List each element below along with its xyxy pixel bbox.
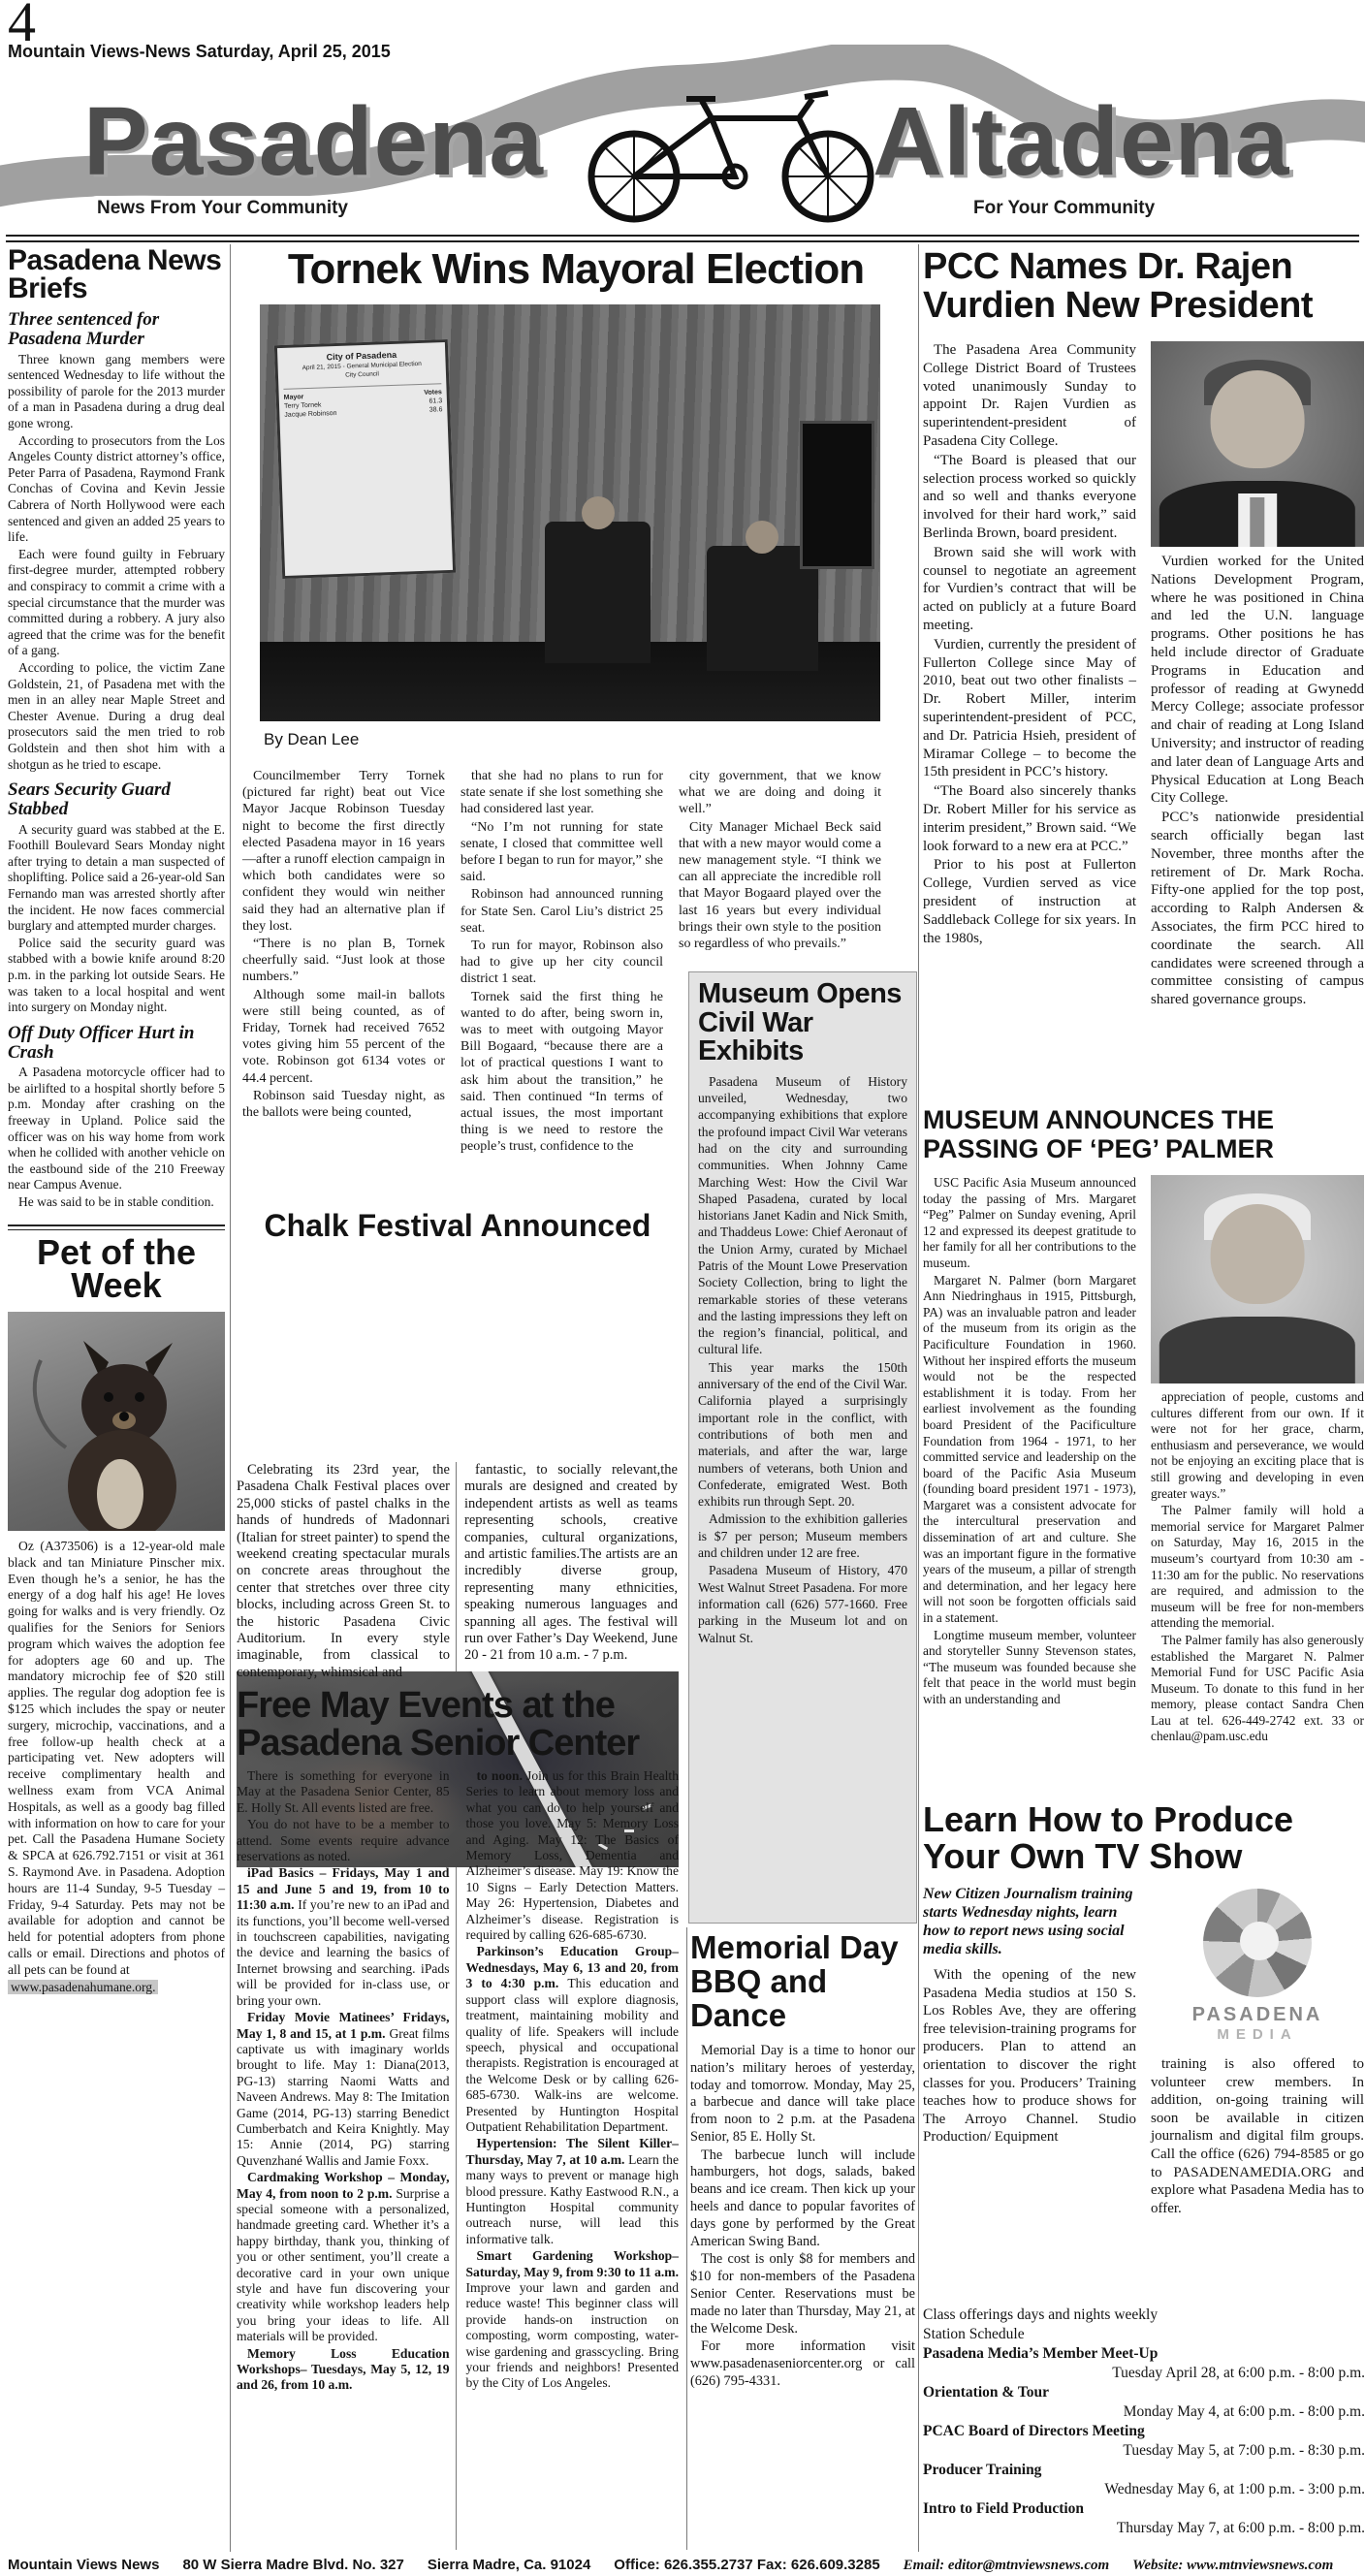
tv-show-text: training is also offered to volunteer cr… [1151,2055,1364,2217]
schedule-time: Tuesday May 5, at 7:00 p.m. - 8:30 p.m. [923,2441,1365,2461]
bicycle-icon [568,76,894,229]
pcc-headline: PCC Names Dr. Rajen Vurdien New Presiden… [923,248,1365,325]
logo-wordmark: PASADENA [1151,2003,1364,2026]
palmer-caption-body: appreciation of people, customs and cult… [1151,1389,1364,1745]
brief-heading: Three sentenced for Pasadena Murder [8,310,225,349]
schedule-item: Orientation & Tour Monday May 4, at 6:00… [923,2383,1365,2422]
footer-brand: Mountain Views News [8,2557,159,2574]
schedule-item: PCAC Board of Directors Meeting Tuesday … [923,2422,1365,2461]
brief-body: A Pasadena motorcycle officer had to be … [8,1065,225,1210]
dog-photo [8,1312,225,1531]
footer-phones: Office: 626.355.2737 Fax: 626.609.3285 [614,2557,879,2574]
election-night-photo: City of Pasadena April 21, 2015 - Genera… [260,304,880,721]
article-column: USC Pacific Asia Museum announced today … [923,1175,1136,1746]
column-rule-2 [918,244,919,2552]
memorial-body: Memorial Day is a time to honor our nati… [690,2043,915,2391]
tagline-left: News From Your Community [85,196,360,220]
slide-candidate: Terry Tornek [284,401,322,409]
slide-results-table: Mayor Votes Terry Tornek 61.3 Jacque Rob… [284,383,443,419]
schedule-note: Class offerings days and nights weekly [923,2306,1365,2325]
pasadena-media-logo: PASADENA MEDIA [1151,1889,1364,2044]
brief-item: Sears Security Guard Stabbed A security … [8,780,225,1016]
news-briefs-title: Pasadena News Briefs [8,246,225,302]
pet-body: Oz (A373506) is a 12-year-old male black… [8,1539,225,1979]
museum-body: Pasadena Museum of History unveiled, Wed… [698,1073,907,1646]
newspaper-page: 4 Mountain Views-News Saturday, April 25… [0,0,1365,2576]
brief-heading: Sears Security Guard Stabbed [8,780,225,819]
tornek-headline: Tornek Wins Mayoral Election [237,248,915,291]
brief-item: Three sentenced for Pasadena Murder Thre… [8,310,225,773]
brief-item: Off Duty Officer Hurt in Crash A Pasaden… [8,1024,225,1211]
schedule-title: Station Schedule [923,2325,1365,2344]
chalk-festival-headline: Chalk Festival Announced [237,1210,679,1241]
schedule-event: Orientation & Tour [923,2383,1365,2402]
footer-city: Sierra Madre, Ca. 91024 [428,2557,590,2574]
slide-candidate: Jacque Robinson [284,410,336,419]
article-column: that she had no plans to run for state s… [460,768,663,1157]
article-column: to noon. Join us for this Brain Health S… [466,1768,680,2550]
article-column: New Citizen Journalism training starts W… [923,1885,1136,2218]
person-silhouette [545,522,651,663]
column-rule-1 [230,244,231,2552]
slide-value: 38.6 [429,406,443,413]
schedule-time: Tuesday April 28, at 6:00 p.m. - 8:00 p.… [923,2364,1365,2383]
masthead-altadena: Altadena [873,93,1289,190]
schedule-event: Pasadena Media’s Member Meet-Up [923,2344,1365,2364]
byline: By Dean Lee [264,731,359,747]
schedule-time: Wednesday May 6, at 1:00 p.m. - 3:00 p.m… [923,2480,1365,2499]
schedule-event: Producer Training [923,2461,1365,2480]
senior-center-headline: Free May Events at the Pasadena Senior C… [237,1687,682,1763]
footer-website: Website: www.mtnviewsnews.com [1132,2557,1333,2574]
tagline-right: For Your Community [962,196,1166,220]
museum-headline: Museum Opens Civil War Exhibits [698,980,907,1066]
tv-show-body: New Citizen Journalism training starts W… [923,1885,1365,2218]
slide-col-header: Votes [424,389,442,397]
column-rule-4 [686,1927,687,2550]
pet-of-the-week-section: Pet of the Week Oz (A373506) is a 12-yea… [8,1236,225,1997]
chalk-article-body: Celebrating its 23rd year, the Pasadena … [237,1462,679,1682]
news-briefs-section: Pasadena News Briefs Three sentenced for… [8,246,225,1211]
brief-heading: Off Duty Officer Hurt in Crash [8,1024,225,1063]
article-column: There is something for everyone in May a… [237,1768,450,2550]
article-column: Celebrating its 23rd year, the Pasadena … [237,1462,450,1682]
slide-value: 61.3 [429,398,443,404]
monitor-frame [800,421,873,568]
palmer-headline: MUSEUM ANNOUNCES THE PASSING OF ‘PEG’ PA… [923,1105,1365,1163]
museum-exhibits-box: Museum Opens Civil War Exhibits Pasadena… [688,971,917,1924]
palmer-portrait [1151,1175,1364,1383]
brief-body: A security guard was stabbed at the E. F… [8,822,225,1016]
section-divider [8,1224,225,1230]
pcc-article-body: The Pasadena Area Community College Dist… [923,341,1365,1010]
results-slide: City of Pasadena April 21, 2015 - Genera… [274,339,456,579]
article-column: The Pasadena Area Community College Dist… [923,341,1136,1010]
article-column: PASADENA MEDIA training is also offered … [1151,1885,1364,2218]
schedule-event: Intro to Field Production [923,2499,1365,2519]
masthead-pasadena: Pasadena [83,93,544,190]
palmer-article-body: USC Pacific Asia Museum announced today … [923,1175,1365,1746]
schedule-item: Pasadena Media’s Member Meet-Up Tuesday … [923,2344,1365,2383]
tv-show-headline: Learn How to Produce Your Own TV Show [923,1801,1365,1875]
article-column: Councilmember Terry Tornek (pictured far… [242,768,445,1157]
portrait-top [1159,1317,1355,1383]
schedule-event: PCAC Board of Directors Meeting [923,2422,1365,2441]
pcc-caption-body: Vurdien worked for the United Nations De… [1151,553,1364,1009]
memorial-day-section: Memorial Day BBQ and Dance Memorial Day … [690,1931,915,2392]
pasadena-media-swirl-icon [1203,1889,1312,1997]
brief-body: Three known gang members were sentenced … [8,352,225,773]
article-column: appreciation of people, customs and cult… [1151,1175,1364,1746]
schedule-time: Thursday May 7, at 6:00 p.m. - 8:00 p.m. [923,2519,1365,2538]
news-briefs-column: Pasadena News Briefs Three sentenced for… [8,246,225,1996]
page-footer: Mountain Views News 80 W Sierra Madre Bl… [0,2554,1365,2576]
tv-show-intro: New Citizen Journalism training starts W… [923,1885,1136,1958]
station-schedule: Class offerings days and nights weekly S… [923,2306,1365,2538]
memorial-headline: Memorial Day BBQ and Dance [690,1931,915,2033]
article-column: fantastic, to socially relevant,the mura… [464,1462,678,1682]
schedule-time: Monday May 4, at 6:00 p.m. - 8:00 p.m. [923,2402,1365,2422]
pet-adoption-url: www.pasadenahumane.org. [8,1980,158,1994]
footer-email: Email: editor@mtnviewsnews.com [904,2557,1109,2574]
schedule-item: Intro to Field Production Thursday May 7… [923,2499,1365,2538]
footer-address: 80 W Sierra Madre Blvd. No. 327 [182,2557,403,2574]
article-column: Vurdien worked for the United Nations De… [1151,341,1364,1010]
masthead-rule [6,235,1359,242]
tv-show-text: With the opening of the new Pasadena Med… [923,1966,1136,2147]
portrait-face [1211,370,1305,469]
vurdien-portrait [1151,341,1364,547]
schedule-item: Producer Training Wednesday May 6, at 1:… [923,2461,1365,2499]
slide-col-header: Mayor [284,394,304,401]
pet-of-the-week-title: Pet of the Week [8,1236,225,1302]
portrait-tie [1250,497,1264,547]
portrait-face [1211,1204,1305,1304]
senior-center-body: There is something for everyone in May a… [237,1768,679,2550]
logo-wordmark: MEDIA [1151,2026,1364,2044]
